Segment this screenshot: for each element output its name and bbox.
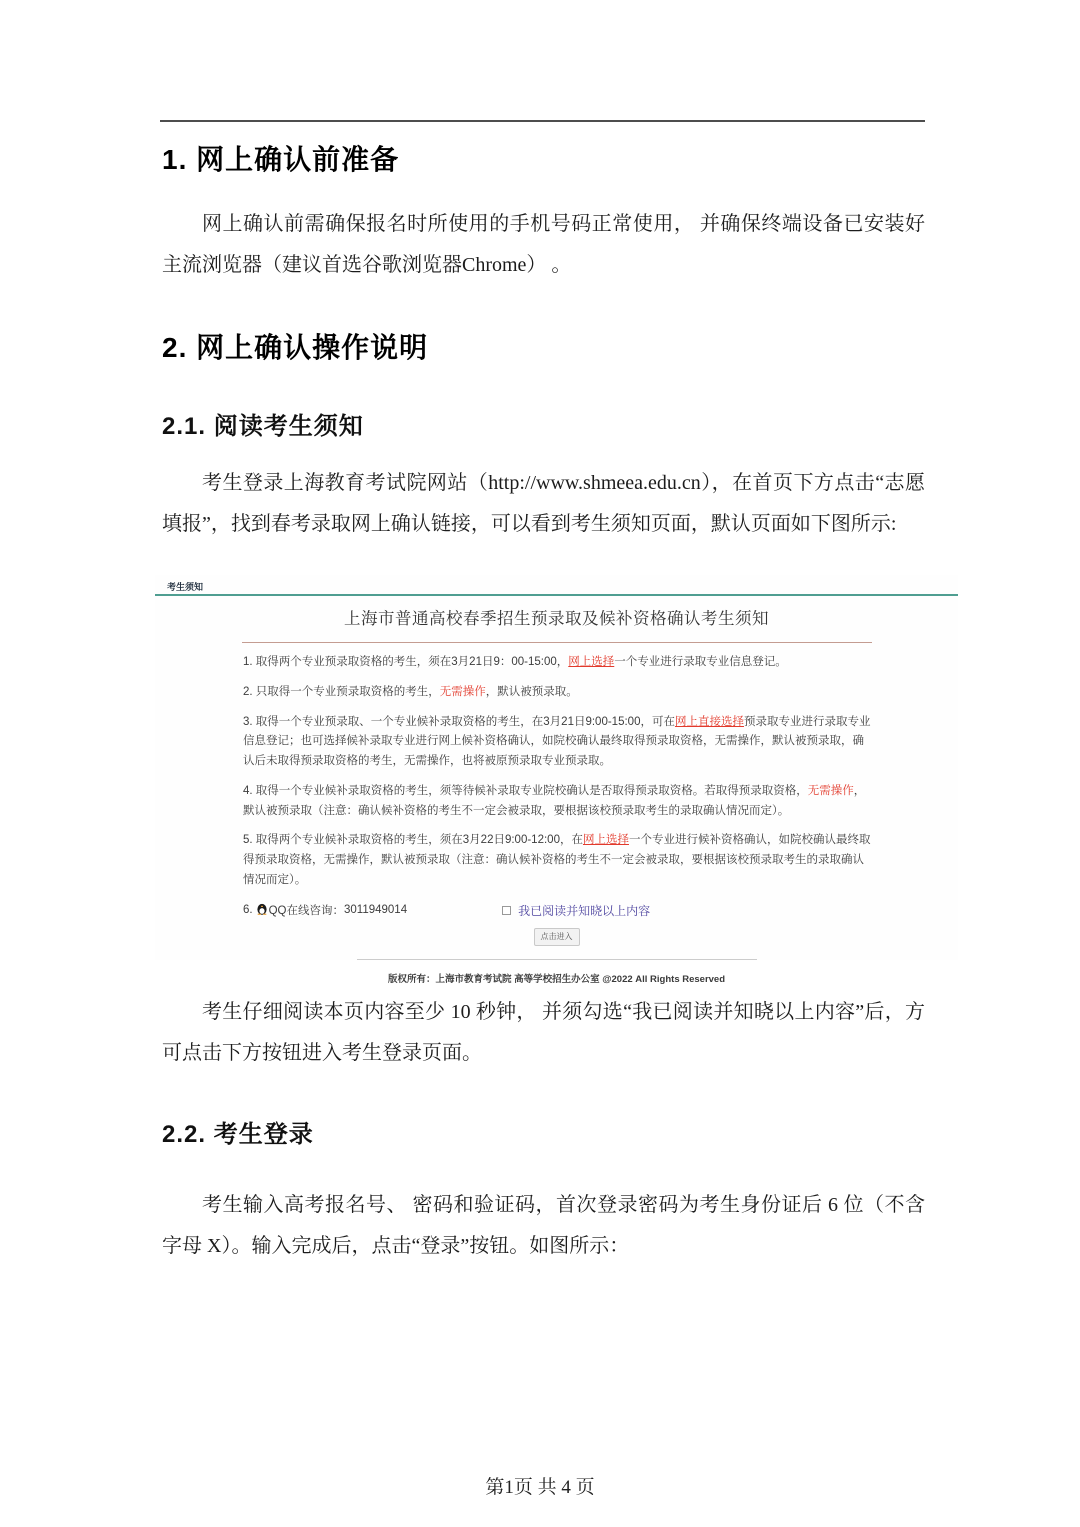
section-2-1-paragraph: 考生登录上海教育考试院网站（http://www.shmeea.edu.cn），… xyxy=(162,463,925,545)
notice-item-3: 3. 取得一个专业预录取、一个专业候补录取资格的考生，在3月21日9:00-15… xyxy=(243,713,875,772)
section-2-1-note-paragraph: 考生仔细阅读本页内容至少 10 秒钟， 并须勾选“我已阅读并知晓以上内容”后，方… xyxy=(162,992,925,1074)
red-highlight: 网上选择 xyxy=(568,656,614,668)
red-highlight: 网上选择 xyxy=(583,834,629,846)
notice-teal-rule xyxy=(155,594,958,596)
notice-item-list: 1. 取得两个专业预录取资格的考生，须在3月21日9：00-15:00，网上选择… xyxy=(243,653,875,919)
notice-footer-rule xyxy=(357,959,757,960)
document-page: 1. 网上确认前准备 网上确认前需确保报名时所使用的手机号码正常使用， 并确保终… xyxy=(0,0,1080,1527)
section-2-2-paragraph: 考生输入高考报名号、 密码和验证码，首次登录密码为考生身份证后 6 位（不含字母… xyxy=(162,1185,925,1267)
notice-copyright: 版权所有：上海市教育考试院 高等学校招生办公室 @2022 All Rights… xyxy=(155,971,958,985)
notice-item-4: 4. 取得一个专业候补录取资格的考生，须等待候补录取专业院校确认是否取得预录取资… xyxy=(243,782,875,822)
embedded-notice-screenshot: 考生须知 上海市普通高校春季招生预录取及候补资格确认考生须知 1. 取得两个专业… xyxy=(155,575,958,960)
notice-item-2: 2. 只取得一个专业预录取资格的考生，无需操作，默认被预录取。 xyxy=(243,683,875,703)
notice-item-1: 1. 取得两个专业预录取资格的考生，须在3月21日9：00-15:00，网上选择… xyxy=(243,653,875,673)
notice-item-5: 5. 取得两个专业候补录取资格的考生，须在3月22日9:00-12:00，在网上… xyxy=(243,831,875,890)
qq-penguin-icon xyxy=(257,903,267,918)
read-confirm-checkbox xyxy=(502,906,511,915)
red-highlight: 无需操作 xyxy=(440,686,486,698)
section-2-2-heading: 2.2. 考生登录 xyxy=(162,1114,925,1149)
notice-title: 上海市普通高校春季招生预录取及候补资格确认考生须知 xyxy=(155,575,958,629)
notice-item-6: 6. QQ在线咨询： 3011949014 我已阅读并知晓以上内容 xyxy=(243,902,875,919)
section-2-1-heading: 2.1. 阅读考生须知 xyxy=(162,406,925,441)
section-2-heading: 2. 网上确认操作说明 xyxy=(162,326,925,366)
page-number-footer: 第1页 共 4 页 xyxy=(0,1472,1080,1499)
item-6-number: 6. xyxy=(243,904,253,916)
red-highlight: 无需操作 xyxy=(808,785,854,797)
red-highlight: 网上直接选择 xyxy=(675,716,744,728)
section-1-heading: 1. 网上确认前准备 xyxy=(162,138,925,178)
read-confirm-group: 我已阅读并知晓以上内容 xyxy=(502,902,650,919)
qq-number: 3011949014 xyxy=(344,904,407,916)
section-1-paragraph: 网上确认前需确保报名时所使用的手机号码正常使用， 并确保终端设备已安装好主流浏览… xyxy=(162,204,925,286)
read-confirm-label: 我已阅读并知晓以上内容 xyxy=(518,902,650,919)
notice-title-rule xyxy=(242,642,872,643)
qq-consult-label: QQ在线咨询： xyxy=(269,902,344,918)
notice-breadcrumb: 考生须知 xyxy=(167,580,203,593)
header-rule xyxy=(160,120,925,122)
enter-button: 点击进入 xyxy=(534,928,580,946)
